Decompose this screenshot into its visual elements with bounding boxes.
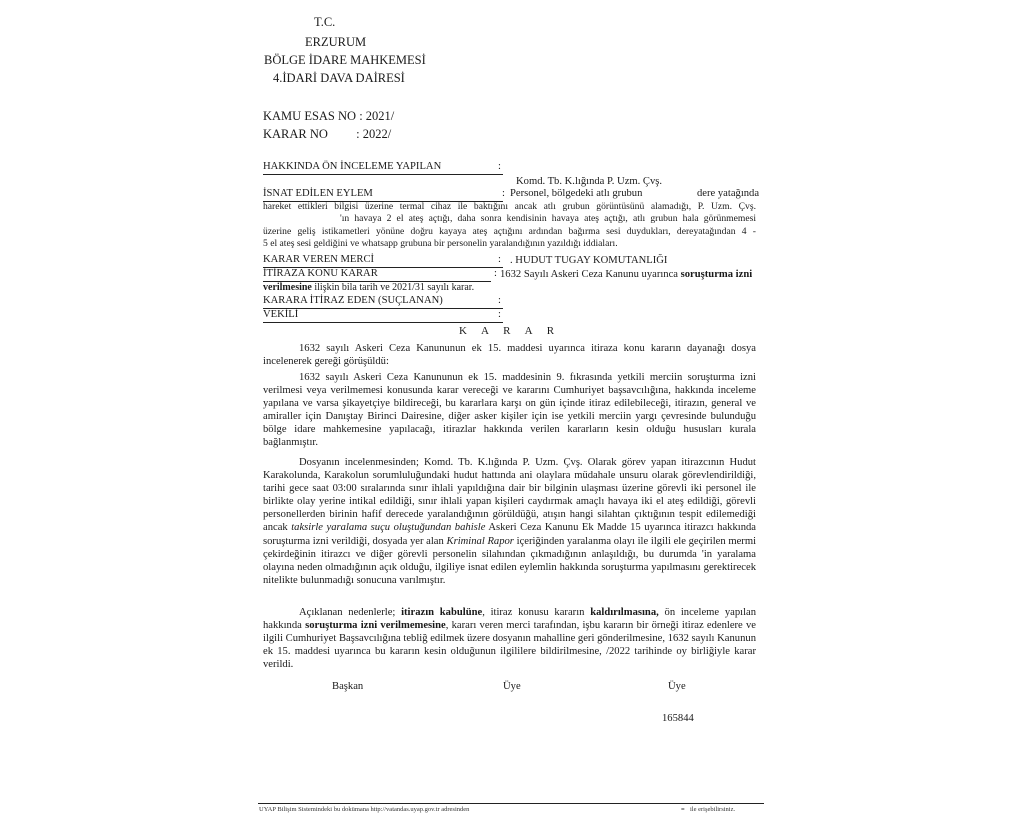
- country-heading: T.C.: [314, 14, 335, 30]
- para3-italic-2: Kriminal Rapor: [447, 536, 514, 547]
- document-code: 165844: [662, 712, 694, 725]
- signature-chair: Başkan: [332, 680, 363, 693]
- objected-decision-bold: soruşturma izni: [681, 269, 753, 280]
- para4-bold-3: soruşturma izni verilmemesine: [305, 620, 446, 631]
- esas-label: KAMU ESAS NO: [263, 109, 356, 123]
- subject-colon: :: [498, 161, 501, 173]
- para4-bold-2: kaldırılmasına,: [590, 607, 659, 618]
- authority-value: . HUDUT TUGAY KOMUTANLIĞI: [510, 254, 667, 267]
- attorney-colon: :: [498, 309, 501, 321]
- decision-paragraph-1: 1632 sayılı Askeri Ceza Kanununun ek 15.…: [263, 342, 756, 368]
- objected-decision-line2-text: ilişkin bila tarih ve 2021/31 sayılı kar…: [312, 282, 474, 293]
- signature-member-1: Üye: [503, 680, 521, 693]
- objector-label: KARARA İTİRAZ EDEN (SUÇLANAN): [263, 295, 503, 309]
- court-heading: BÖLGE İDARE MAHKEMESİ: [264, 52, 426, 68]
- objected-decision-colon: :: [494, 268, 497, 280]
- para3-italic-1: taksirle yaralama suçu oluştuğundan bahi…: [291, 522, 485, 533]
- decision-paragraph-3: Dosyanın incelenmesinden; Komd. Tb. K.lı…: [263, 456, 756, 587]
- chamber-heading: 4.İDARİ DAVA DAİRESİ: [273, 70, 405, 86]
- para4-bold-1: itirazın kabulüne: [401, 607, 482, 618]
- footer-divider: [258, 803, 764, 804]
- decision-paragraph-4: Açıklanan nedenlerle; itirazın kabulüne,…: [263, 606, 756, 671]
- karar-value: : 2022/: [356, 127, 391, 141]
- objected-decision-line2-bold: verilmesine: [263, 282, 312, 293]
- para4-text-2: , itiraz konusu kararın: [482, 607, 590, 618]
- objected-decision-line2: verilmesine ilişkin bila tarih ve 2021/3…: [263, 281, 474, 294]
- footer-left-text: UYAP Bilişim Sistemindeki bu dokümana ht…: [259, 806, 469, 814]
- act-line-4: 5 el ateş sesi geldiğini ve whatsapp gru…: [263, 237, 618, 250]
- footer-symbol: =: [681, 806, 685, 814]
- objected-decision-value: 1632 Sayılı Askeri Ceza Kanunu uyarınca …: [500, 268, 752, 281]
- decision-paragraph-2: 1632 sayılı Askeri Ceza Kanununun ek 15.…: [263, 371, 756, 450]
- city-heading: ERZURUM: [305, 34, 366, 50]
- objected-decision-label: İTİRAZA KONU KARAR: [263, 268, 491, 282]
- act-value-first: Personel, bölgedeki atlı grubun: [510, 187, 642, 200]
- esas-value: : 2021/: [359, 109, 394, 123]
- karar-no: KARAR NO : 2022/: [263, 126, 391, 142]
- signature-member-2: Üye: [668, 680, 686, 693]
- attorney-label: VEKİLİ: [263, 309, 503, 323]
- decision-title: K A R A R: [263, 325, 756, 337]
- para4-text-1: Açıklanan nedenlerle;: [299, 607, 401, 618]
- act-value-first-tail: dere yatağında: [697, 187, 759, 200]
- objector-colon: :: [498, 295, 501, 307]
- footer-right-text: ile erişebilirsiniz.: [690, 806, 735, 814]
- act-line-2: 'ın havaya 2 el ateş açtığı, daha sonra …: [340, 212, 756, 225]
- act-colon: :: [502, 188, 505, 200]
- court-decision-page: T.C. ERZURUM BÖLGE İDARE MAHKEMESİ 4.İDA…: [0, 0, 1024, 819]
- objected-decision-text: 1632 Sayılı Askeri Ceza Kanunu uyarınca: [500, 269, 681, 280]
- esas-no: KAMU ESAS NO : 2021/: [263, 108, 394, 124]
- karar-label: KARAR NO: [263, 126, 353, 142]
- authority-label: KARAR VEREN MERCİ: [263, 254, 503, 268]
- authority-colon: :: [498, 254, 501, 266]
- subject-label: HAKKINDA ÖN İNCELEME YAPILAN: [263, 161, 503, 175]
